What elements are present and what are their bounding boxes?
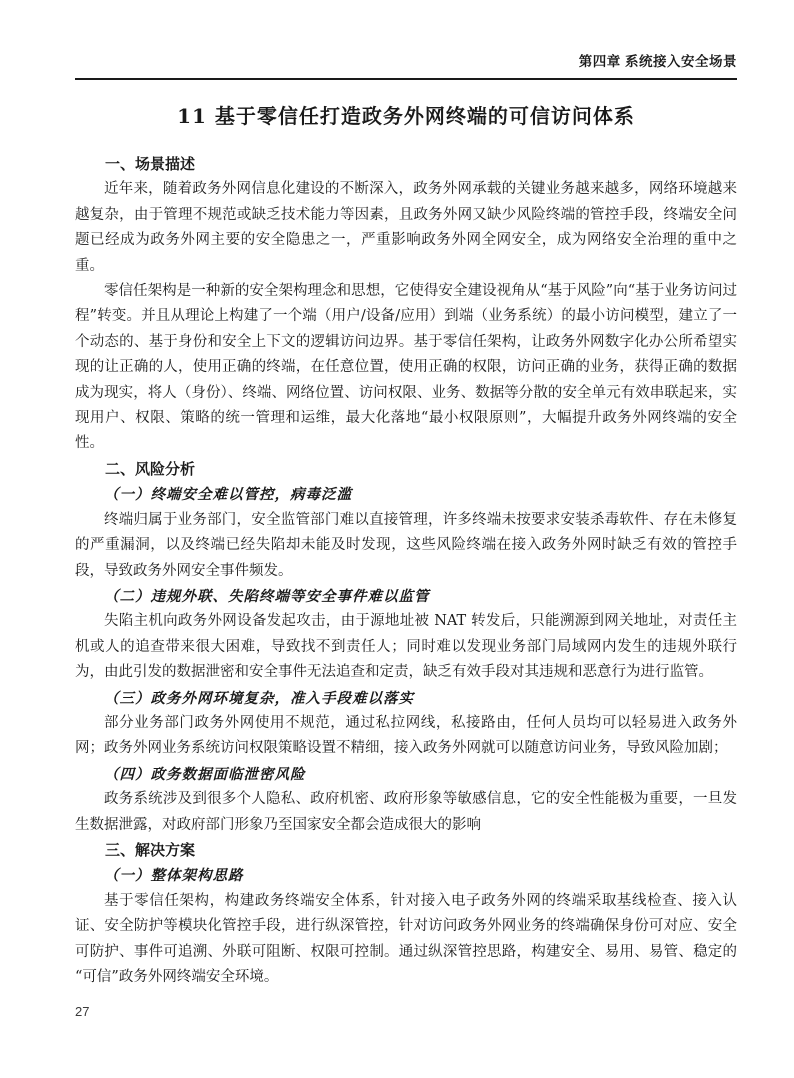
- subsection-heading: （一）整体架构思路: [75, 863, 737, 888]
- page-header: 第四章 系统接入安全场景: [75, 50, 737, 80]
- subsection-heading: （三）政务外网环境复杂，准入手段难以落实: [75, 686, 737, 711]
- document-title: 11 基于零信任打造政务外网终端的可信访问体系: [75, 102, 737, 130]
- subsection-heading: （二）违规外联、失陷终端等安全事件难以监管: [75, 584, 737, 609]
- subsection-body: 部分业务部门政务外网使用不规范，通过私拉网线，私接路由，任何人员均可以轻易进入政…: [75, 711, 737, 762]
- chapter-header-text: 第四章 系统接入安全场景: [579, 54, 737, 69]
- subsection-heading: （四）政务数据面临泄密风险: [75, 762, 737, 787]
- subsection-body: 政务系统涉及到很多个人隐私、政府机密、政府形象等敏感信息，它的安全性能极为重要，…: [75, 787, 737, 838]
- section-heading-risk-analysis: 二、风险分析: [75, 457, 737, 482]
- paragraph: 近年来，随着政务外网信息化建设的不断深入，政务外网承载的关键业务越来越多，网络环…: [75, 177, 737, 279]
- document-body: 11 基于零信任打造政务外网终端的可信访问体系 一、场景描述 近年来，随着政务外…: [75, 92, 737, 990]
- page-number: 27: [75, 1004, 89, 1019]
- subsection-body: 失陷主机向政务外网设备发起攻击，由于源地址被 NAT 转发后，只能溯源到网关地址…: [75, 609, 737, 685]
- subsection-body: 基于零信任架构，构建政务终端安全体系，针对接入电子政务外网的终端采取基线检查、接…: [75, 889, 737, 991]
- document-page: 第四章 系统接入安全场景 11 基于零信任打造政务外网终端的可信访问体系 一、场…: [0, 0, 794, 1078]
- paragraph: 零信任架构是一种新的安全架构理念和思想，它使得安全建设视角从“基于风险”向“基于…: [75, 279, 737, 457]
- section-heading-scene-description: 一、场景描述: [75, 152, 737, 177]
- subsection-body: 终端归属于业务部门，安全监管部门难以直接管理，许多终端未按要求安装杀毒软件、存在…: [75, 508, 737, 584]
- section-heading-solution: 三、解决方案: [75, 838, 737, 863]
- subsection-heading: （一）终端安全难以管控，病毒泛滥: [75, 482, 737, 507]
